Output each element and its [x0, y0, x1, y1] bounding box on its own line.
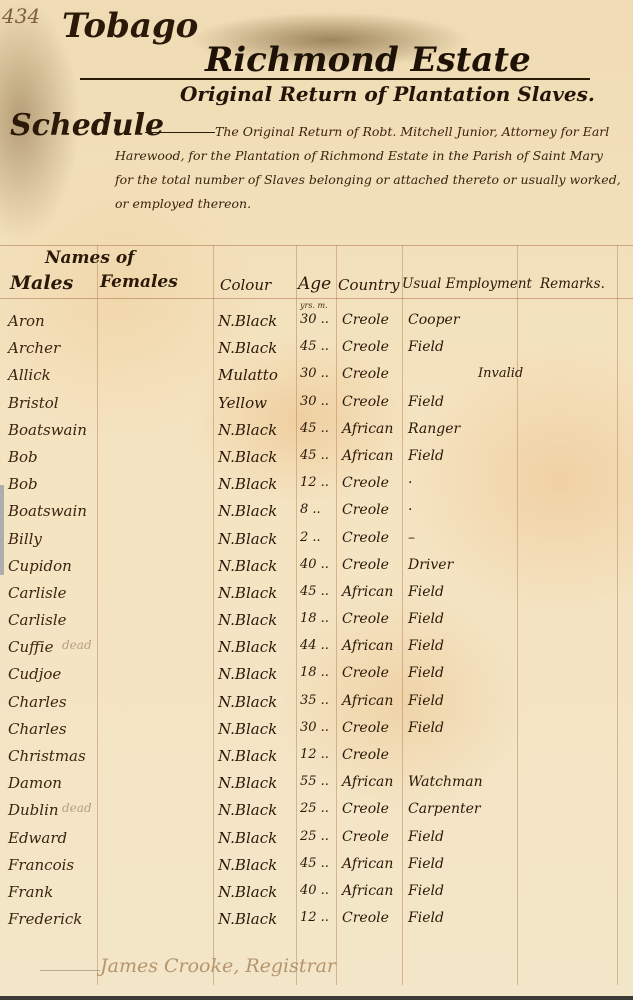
age-cell: 45 .. [300, 448, 329, 463]
employment-cell: Carpenter [408, 801, 481, 817]
colour-cell: N.Black [218, 584, 277, 602]
employment-cell: – [408, 530, 415, 546]
male-name: Bob [8, 475, 38, 493]
country-cell: African [342, 638, 393, 654]
country-cell: Creole [342, 557, 389, 573]
header-usual-employment: Usual Employment [402, 276, 532, 292]
table-row: BillyN.Black2 ..Creole– [0, 530, 633, 557]
age-cell: 45 .. [300, 339, 329, 354]
country-cell: Creole [342, 665, 389, 681]
age-cell: 8 .. [300, 502, 321, 517]
table-row: CuffiedeadN.Black44 ..AfricanField [0, 638, 633, 665]
manuscript-page: 434 Tobago Richmond Estate Original Retu… [0, 0, 633, 1000]
male-name: Damon [8, 774, 62, 792]
age-cell: 18 .. [300, 665, 329, 680]
table-row: ArcherN.Black45 ..CreoleField [0, 339, 633, 366]
male-name: Bob [8, 448, 38, 466]
table-row: EdwardN.Black25 ..CreoleField [0, 829, 633, 856]
colour-cell: N.Black [218, 557, 277, 575]
country-cell: African [342, 584, 393, 600]
table-row: CarlisleN.Black45 ..AfricanField [0, 584, 633, 611]
table-row: BobN.Black45 ..AfricanField [0, 448, 633, 475]
country-cell: Creole [342, 339, 389, 355]
employment-cell: Field [408, 611, 444, 627]
age-cell: 35 .. [300, 693, 329, 708]
colour-cell: N.Black [218, 774, 277, 792]
employment-cell: Field [408, 829, 444, 845]
colour-cell: N.Black [218, 638, 277, 656]
male-name: Archer [8, 339, 60, 357]
table-row: FrancoisN.Black45 ..AfricanField [0, 856, 633, 883]
table-row: AllickMulatto30 ..CreoleInvalid [0, 366, 633, 393]
employment-cell: Field [408, 339, 444, 355]
age-cell: 44 .. [300, 638, 329, 653]
employment-cell: Field [408, 448, 444, 464]
age-cell: 30 .. [300, 720, 329, 735]
colour-cell: N.Black [218, 665, 277, 683]
employment-cell: Watchman [408, 774, 483, 790]
colour-cell: N.Black [218, 801, 277, 819]
employment-cell: Field [408, 584, 444, 600]
male-name: Boatswain [8, 421, 87, 439]
table-row: CupidonN.Black40 ..CreoleDriver [0, 557, 633, 584]
age-cell: 18 .. [300, 611, 329, 626]
male-name: Francois [8, 856, 74, 874]
island-heading: Tobago [62, 6, 198, 46]
header-country: Country [338, 276, 400, 294]
table-top-rule [0, 245, 633, 246]
employment-cell: · [408, 475, 412, 491]
estate-heading: Richmond Estate [205, 40, 531, 80]
table-row: AronN.Black30 ..CreoleCooper [0, 312, 633, 339]
table-header-rule [0, 298, 633, 299]
age-cell: 40 .. [300, 557, 329, 572]
table-row: CharlesN.Black30 ..CreoleField [0, 720, 633, 747]
header-colour: Colour [220, 276, 271, 294]
country-cell: African [342, 421, 393, 437]
country-cell: Creole [342, 611, 389, 627]
country-cell: Creole [342, 910, 389, 926]
male-name: Carlisle [8, 611, 67, 629]
age-cell: 25 .. [300, 829, 329, 844]
employment-cell: Field [408, 910, 444, 926]
employment-cell: Cooper [408, 312, 460, 328]
margin-note: dead [62, 638, 92, 652]
employment-cell: Field [408, 394, 444, 410]
age-cell: 45 .. [300, 584, 329, 599]
colour-cell: N.Black [218, 530, 277, 548]
employment-cell: Field [408, 638, 444, 654]
header-age: Age [298, 274, 331, 294]
male-name: Aron [8, 312, 45, 330]
table-row: FrederickN.Black12 ..CreoleField [0, 910, 633, 937]
country-cell: African [342, 856, 393, 872]
colour-cell: N.Black [218, 339, 277, 357]
age-cell: 55 .. [300, 774, 329, 789]
male-name: Billy [8, 530, 42, 548]
age-cell: 30 .. [300, 366, 329, 381]
male-name: Frank [8, 883, 53, 901]
age-cell: 45 .. [300, 856, 329, 871]
age-cell: 12 .. [300, 910, 329, 925]
male-name: Cudjoe [8, 665, 61, 683]
country-cell: Creole [342, 747, 389, 763]
colour-cell: N.Black [218, 611, 277, 629]
country-cell: African [342, 774, 393, 790]
colour-cell: N.Black [218, 829, 277, 847]
male-name: Allick [8, 366, 51, 384]
remarks-cell: Invalid [478, 366, 523, 381]
male-name: Christmas [8, 747, 86, 765]
table-row: CharlesN.Black35 ..AfricanField [0, 693, 633, 720]
country-cell: Creole [342, 720, 389, 736]
country-cell: Creole [342, 312, 389, 328]
table-row: CarlisleN.Black18 ..CreoleField [0, 611, 633, 638]
male-name: Cupidon [8, 557, 72, 575]
colour-cell: N.Black [218, 720, 277, 738]
header-names-of: Names of [45, 248, 135, 268]
country-cell: Creole [342, 829, 389, 845]
margin-note: dead [62, 801, 92, 815]
heading-rule [80, 78, 590, 80]
country-cell: Creole [342, 530, 389, 546]
colour-cell: N.Black [218, 448, 277, 466]
employment-cell: Driver [408, 557, 453, 573]
male-name: Cuffie [8, 638, 53, 656]
male-name: Charles [8, 720, 67, 738]
header-remarks: Remarks. [540, 276, 605, 292]
table-row: BoatswainN.Black8 ..Creole· [0, 502, 633, 529]
country-cell: Creole [342, 394, 389, 410]
age-cell: 2 .. [300, 530, 321, 545]
employment-cell: Field [408, 693, 444, 709]
age-units-label: yrs. m. [300, 301, 328, 310]
employment-cell: Field [408, 665, 444, 681]
employment-cell: Field [408, 720, 444, 736]
male-name: Dublin [8, 801, 59, 819]
registrar-rule [40, 970, 100, 971]
colour-cell: N.Black [218, 502, 277, 520]
table-row: ChristmasN.Black12 ..Creole [0, 747, 633, 774]
age-cell: 12 .. [300, 747, 329, 762]
male-name: Charles [8, 693, 67, 711]
colour-cell: Mulatto [218, 366, 278, 384]
page-bottom-edge [0, 996, 633, 1000]
employment-cell: Field [408, 883, 444, 899]
employment-cell: Ranger [408, 421, 460, 437]
colour-cell: N.Black [218, 421, 277, 439]
colour-cell: N.Black [218, 312, 277, 330]
male-name: Boatswain [8, 502, 87, 520]
colour-cell: N.Black [218, 883, 277, 901]
age-cell: 30 .. [300, 312, 329, 327]
colour-cell: N.Black [218, 693, 277, 711]
male-name: Edward [8, 829, 67, 847]
table-row: DublindeadN.Black25 ..CreoleCarpenter [0, 801, 633, 828]
age-cell: 12 .. [300, 475, 329, 490]
colour-cell: N.Black [218, 910, 277, 928]
table-row: BoatswainN.Black45 ..AfricanRanger [0, 421, 633, 448]
male-name: Frederick [8, 910, 82, 928]
colour-cell: N.Black [218, 747, 277, 765]
table-row: DamonN.Black55 ..AfricanWatchman [0, 774, 633, 801]
preamble-text: The Original Return of Robt. Mitchell Ju… [115, 120, 625, 216]
colour-cell: Yellow [218, 394, 267, 412]
registrar-signature: James Crooke, Registrar [100, 955, 336, 977]
country-cell: Creole [342, 366, 389, 382]
age-cell: 30 .. [300, 394, 329, 409]
document-subtitle: Original Return of Plantation Slaves. [180, 82, 595, 106]
country-cell: Creole [342, 801, 389, 817]
colour-cell: N.Black [218, 856, 277, 874]
colour-cell: N.Black [218, 475, 277, 493]
male-name: Carlisle [8, 584, 67, 602]
table-row: BristolYellow30 ..CreoleField [0, 394, 633, 421]
country-cell: Creole [342, 475, 389, 491]
employment-cell: · [408, 502, 412, 518]
table-row: FrankN.Black40 ..AfricanField [0, 883, 633, 910]
header-females: Females [100, 272, 178, 292]
country-cell: Creole [342, 502, 389, 518]
country-cell: African [342, 448, 393, 464]
age-cell: 45 .. [300, 421, 329, 436]
header-males: Males [10, 272, 73, 294]
table-row: BobN.Black12 ..Creole· [0, 475, 633, 502]
age-cell: 40 .. [300, 883, 329, 898]
male-name: Bristol [8, 394, 59, 412]
country-cell: African [342, 883, 393, 899]
age-cell: 25 .. [300, 801, 329, 816]
folio-number: 434 [2, 4, 40, 28]
table-row: CudjoeN.Black18 ..CreoleField [0, 665, 633, 692]
slave-register-rows: AronN.Black30 ..CreoleCooper ArcherN.Bla… [0, 312, 633, 937]
employment-cell: Field [408, 856, 444, 872]
country-cell: African [342, 693, 393, 709]
